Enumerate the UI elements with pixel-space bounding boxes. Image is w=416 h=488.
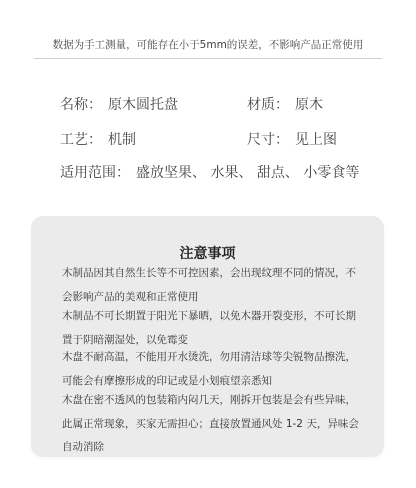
spec-size: 尺寸：见上图 xyxy=(247,129,337,149)
spec-name: 名称：原木圆托盘 xyxy=(60,94,178,114)
spec-usage: 适用范围：盛放坚果、 水果、 甜点、 小零食等 xyxy=(60,162,359,182)
spec-usage-label: 适用范围： xyxy=(60,165,130,181)
notice-item: 木制品不可长期置于阳光下暴晒，以免木器开裂变形，不可长期置于阴暗潮湿处，以免霉变 xyxy=(62,305,360,352)
spec-material-label: 材质： xyxy=(247,97,289,113)
notice-title: 注意事项 xyxy=(31,243,384,263)
spec-craft-label: 工艺： xyxy=(60,132,102,148)
notice-item: 木制品因其自然生长等不可控因素，会出现纹理不同的情况，不会影响产品的美观和正常使… xyxy=(62,262,360,309)
notice-card: 注意事项 木制品因其自然生长等不可控因素，会出现纹理不同的情况，不会影响产品的美… xyxy=(31,216,384,457)
spec-craft: 工艺：机制 xyxy=(60,129,136,149)
spec-size-value: 见上图 xyxy=(295,132,337,148)
spec-material-value: 原木 xyxy=(295,97,323,113)
measurement-note: 数据为手工测量，可能存在小于5mm的误差，不影响产品正常使用 xyxy=(0,37,416,52)
divider xyxy=(34,58,382,59)
spec-name-label: 名称： xyxy=(60,97,102,113)
spec-size-label: 尺寸： xyxy=(247,132,289,148)
spec-usage-value: 盛放坚果、 水果、 甜点、 小零食等 xyxy=(136,165,359,181)
spec-craft-value: 机制 xyxy=(108,132,136,148)
spec-name-value: 原木圆托盘 xyxy=(108,97,178,113)
notice-item: 木盘在密不透风的包装箱内闷几天，刚拆开包装是会有些异味，此属正常现象，买家无需担… xyxy=(62,389,360,460)
spec-material: 材质：原木 xyxy=(247,94,323,114)
notice-item: 木盘不耐高温，不能用开水烫洗，勿用清洁球等尖锐物品擦洗，可能会有摩擦形成的印记或… xyxy=(62,346,360,393)
